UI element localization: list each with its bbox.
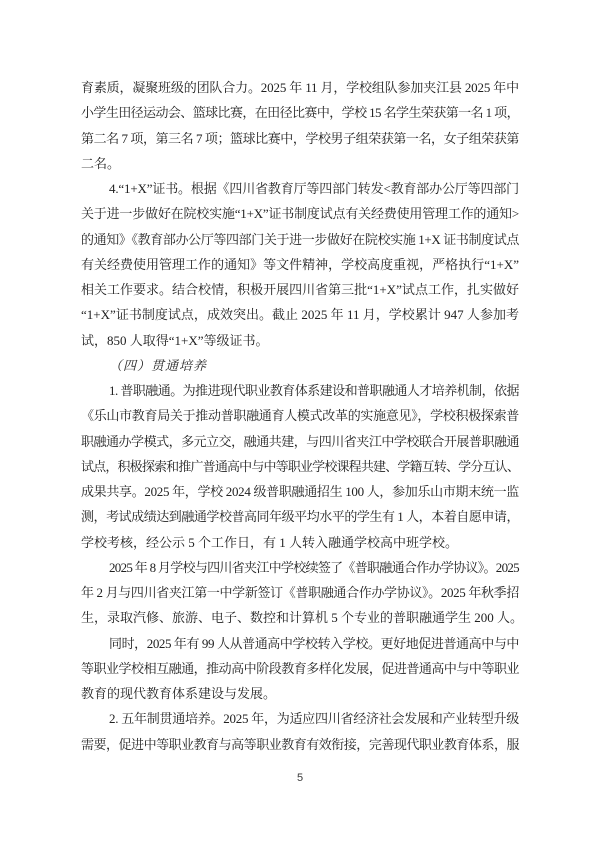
text-run: 测，考试成绩达到融通学校普高同年级平均水平的学生有 1 人，本着自愿申请， (81, 509, 519, 524)
text-run: 等职业学校相互融通，推动高中阶段教育多样化发展，促进普通高中与中等职业 (81, 661, 519, 676)
text-line: 4.“1+X”证书。根据《四川省教育厅等四部门转发<教育部办公厅等四部门 (81, 176, 519, 201)
text-line: “1+X”证书制度试点，成效突出。截止 2025 年 11 月，学校累计 947… (81, 302, 519, 327)
text-run: 相关工作要求。结合校情，积极开展四川省第三批“1+X”试点工作，扎实做好 (81, 282, 519, 297)
text-run: 年 2 月与四川省夹江第一中学新签订《普职融通合作办学协议》。2025 年秋季招 (81, 585, 519, 600)
text-line: 《乐山市教育局关于推动普职融通育人模式改革的实施意见》，学校积极探索普 (81, 403, 519, 428)
text-line: 相关工作要求。结合校情，积极开展四川省第三批“1+X”试点工作，扎实做好 (81, 277, 519, 302)
text-run: 小学生田径运动会、篮球比赛，在田径比赛中，学校 15 名学生荣获第一名 1 项， (81, 105, 519, 120)
text-line: 试，850 人取得“1+X”等级证书。 (81, 328, 519, 353)
text-line: 二名。 (81, 151, 519, 176)
text-run: 4.“1+X”证书。根据《四川省教育厅等四部门转发<教育部办公厅等四部门 (109, 181, 519, 196)
text-run: 学校考核，经公示 5 个工作日，有 1 人转入融通学校高中班学校。 (81, 535, 458, 550)
text-line: 教育的现代教育体系建设与发展。 (81, 681, 519, 706)
section-heading-paragraph: （四）贯通培养 (81, 353, 519, 378)
document-page: 育素质，凝聚班级的团队合力。2025 年 11 月，学校组队参加夹江县 2025… (0, 0, 600, 848)
text-run: 同时，2025 年有 99 人从普通高中学校转入学校。更好地促进普通高中与中 (109, 636, 519, 651)
paragraph: 同时，2025 年有 99 人从普通高中学校转入学校。更好地促进普通高中与中 等… (81, 631, 519, 707)
text-run: 育素质，凝聚班级的团队合力。2025 年 11 月，学校组队参加夹江县 2025… (81, 80, 519, 95)
text-run: 1. 普职融通。为推进现代职业教育体系建设和普职融通人才培养机制，依据 (109, 383, 519, 398)
text-run: 试点，积极探索和推广普通高中与中等职业学校课程共建、学籍互转、学分互认、 (81, 459, 519, 474)
text-line: 2025 年 8 月学校与四川省夹江中学校续签了《普职融通合作办学协议》。202… (81, 555, 519, 580)
text-line: 需要，促进中等职业教育与高等职业教育有效衔接，完善现代职业教育体系，服 (81, 732, 519, 757)
text-line: 学校考核，经公示 5 个工作日，有 1 人转入融通学校高中班学校。 (81, 530, 519, 555)
text-run: 《乐山市教育局关于推动普职融通育人模式改革的实施意见》，学校积极探索普 (81, 408, 519, 423)
text-line: 同时，2025 年有 99 人从普通高中学校转入学校。更好地促进普通高中与中 (81, 631, 519, 656)
paragraph: 2025 年 8 月学校与四川省夹江中学校续签了《普职融通合作办学协议》。202… (81, 555, 519, 631)
text-run: 成果共享。2025 年，学校 2024 级普职融通招生 100 人，参加乐山市期… (81, 484, 519, 499)
text-line: 1. 普职融通。为推进现代职业教育体系建设和普职融通人才培养机制，依据 (81, 378, 519, 403)
text-line: 生，录取汽修、旅游、电子、数控和计算机 5 个专业的普职融通学生 200 人。 (81, 605, 519, 630)
text-line: 2. 五年制贯通培养。2025 年，为适应四川省经济社会发展和产业转型升级 (81, 706, 519, 731)
text-line: 职融通办学模式，多元立交，融通共建，与四川省夹江中学校联合开展普职融通 (81, 429, 519, 454)
text-line: 小学生田径运动会、篮球比赛，在田径比赛中，学校 15 名学生荣获第一名 1 项， (81, 100, 519, 125)
text-run: （四）贯通培养 (109, 358, 207, 373)
text-line: 测，考试成绩达到融通学校普高同年级平均水平的学生有 1 人，本着自愿申请， (81, 504, 519, 529)
paragraph: 4.“1+X”证书。根据《四川省教育厅等四部门转发<教育部办公厅等四部门 关于进… (81, 176, 519, 353)
paragraph: 1. 普职融通。为推进现代职业教育体系建设和普职融通人才培养机制，依据 《乐山市… (81, 378, 519, 555)
text-run: “1+X”证书制度试点，成效突出。截止 2025 年 11 月，学校累计 947… (81, 307, 519, 322)
text-line: 第二名 7 项，第三名 7 项；篮球比赛中，学校男子组荣获第一名，女子组荣获第 (81, 126, 519, 151)
text-run: 需要，促进中等职业教育与高等职业教育有效衔接，完善现代职业教育体系，服 (81, 737, 519, 752)
text-line: 年 2 月与四川省夹江第一中学新签订《普职融通合作办学协议》。2025 年秋季招 (81, 580, 519, 605)
page-body: 育素质，凝聚班级的团队合力。2025 年 11 月，学校组队参加夹江县 2025… (81, 75, 519, 757)
text-run: 二名。 (81, 156, 120, 171)
text-run: 关于进一步做好在院校实施“1+X”证书制度试点有关经费使用管理工作的通知> (81, 206, 519, 221)
section-heading: （四）贯通培养 (81, 353, 519, 378)
text-line: 等职业学校相互融通，推动高中阶段教育多样化发展，促进普通高中与中等职业 (81, 656, 519, 681)
text-run: 试，850 人取得“1+X”等级证书。 (81, 333, 269, 348)
page-number: 5 (0, 770, 600, 786)
text-line: 的通知》《教育部办公厅等四部门关于进一步做好在院校实施 1+X 证书制度试点 (81, 227, 519, 252)
text-line: 育素质，凝聚班级的团队合力。2025 年 11 月，学校组队参加夹江县 2025… (81, 75, 519, 100)
paragraph: 2. 五年制贯通培养。2025 年，为适应四川省经济社会发展和产业转型升级 需要… (81, 706, 519, 757)
text-run: 第二名 7 项，第三名 7 项；篮球比赛中，学校男子组荣获第一名，女子组荣获第 (81, 131, 519, 146)
text-run: 有关经费使用管理工作的通知》等文件精神，学校高度重视，严格执行“1+X” (81, 257, 519, 272)
paragraph: 育素质，凝聚班级的团队合力。2025 年 11 月，学校组队参加夹江县 2025… (81, 75, 519, 176)
text-run: 2025 年 8 月学校与四川省夹江中学校续签了《普职融通合作办学协议》。202… (109, 560, 519, 575)
text-run: 2. 五年制贯通培养。2025 年，为适应四川省经济社会发展和产业转型升级 (109, 711, 519, 726)
text-line: 试点，积极探索和推广普通高中与中等职业学校课程共建、学籍互转、学分互认、 (81, 454, 519, 479)
text-run: 教育的现代教育体系建设与发展。 (81, 686, 276, 701)
text-line: 成果共享。2025 年，学校 2024 级普职融通招生 100 人，参加乐山市期… (81, 479, 519, 504)
text-run: 生，录取汽修、旅游、电子、数控和计算机 5 个专业的普职融通学生 200 人。 (81, 610, 523, 625)
text-line: 关于进一步做好在院校实施“1+X”证书制度试点有关经费使用管理工作的通知> (81, 201, 519, 226)
text-line: 有关经费使用管理工作的通知》等文件精神，学校高度重视，严格执行“1+X” (81, 252, 519, 277)
text-run: 的通知》《教育部办公厅等四部门关于进一步做好在院校实施 1+X 证书制度试点 (81, 232, 519, 247)
text-run: 职融通办学模式，多元立交，融通共建，与四川省夹江中学校联合开展普职融通 (81, 434, 519, 449)
